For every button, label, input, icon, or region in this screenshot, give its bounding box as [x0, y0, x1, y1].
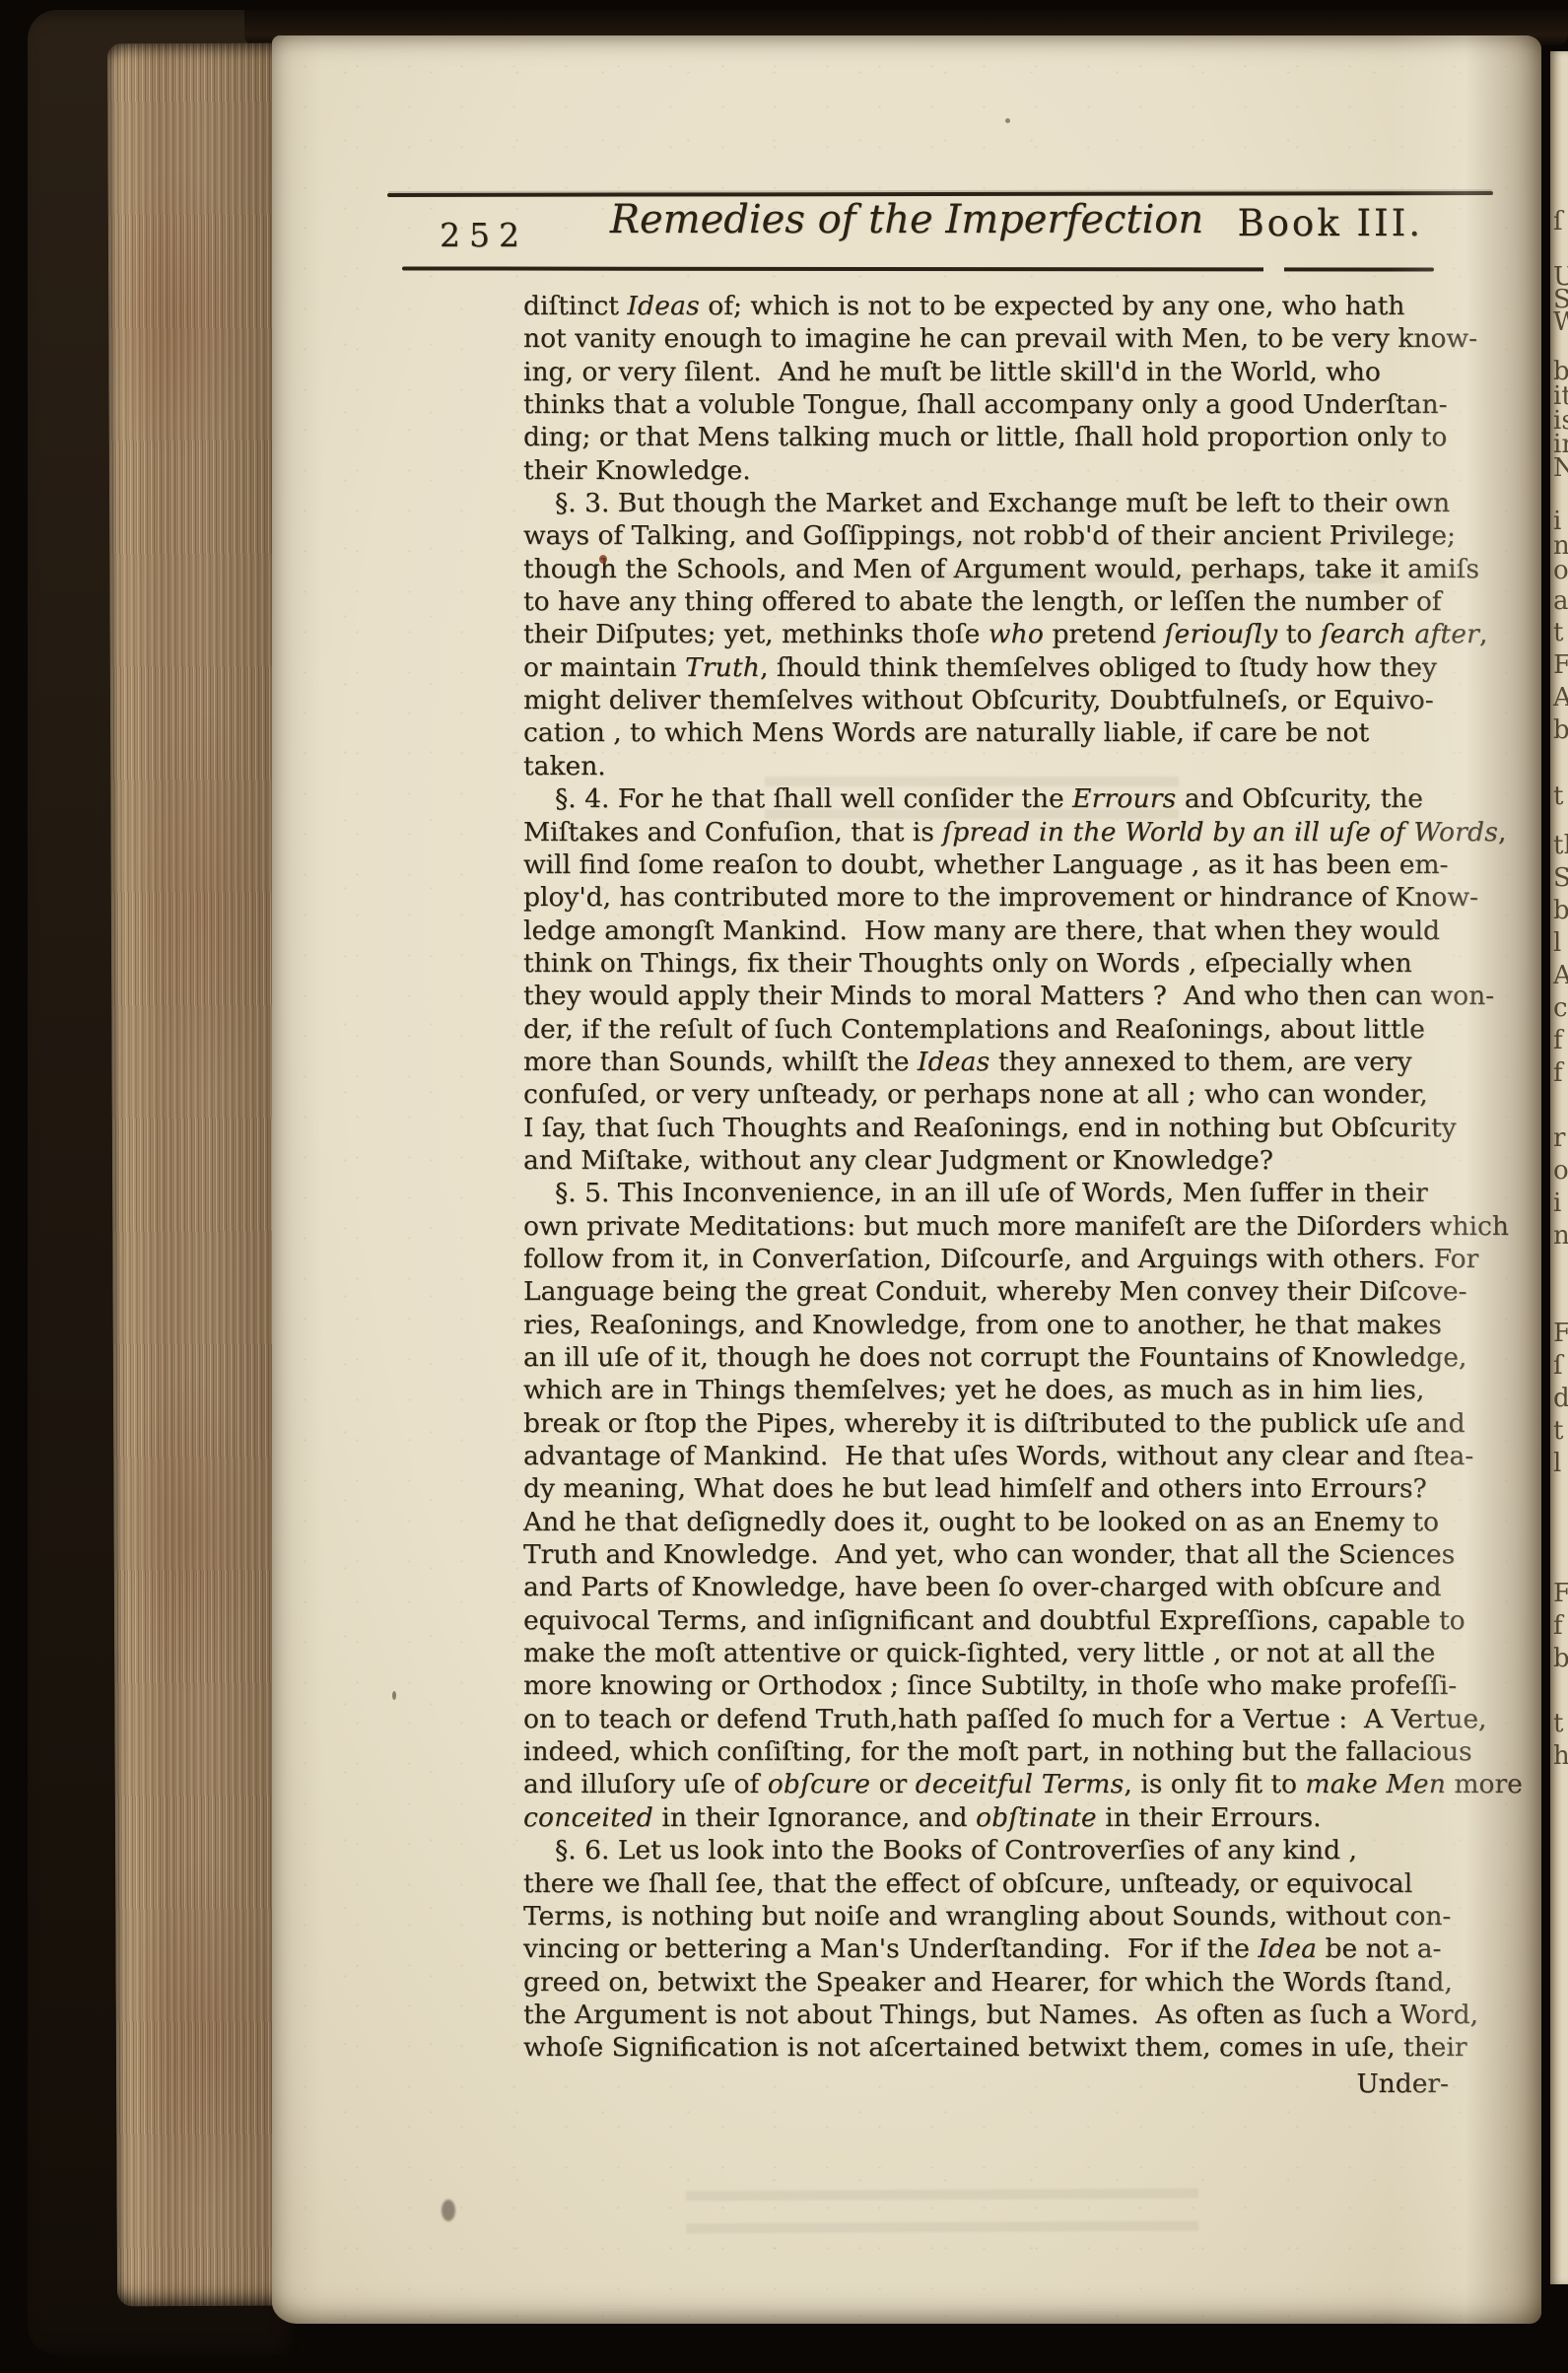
rust-speck [599, 555, 607, 564]
text-line: the Argument is not about Things, but Na… [523, 1999, 1465, 2031]
edge-fragment: o [1553, 1158, 1568, 1184]
show-through-smudge [922, 539, 1386, 596]
edge-fragment: t [1553, 783, 1563, 809]
paragraph: §. 6. Let us look into the Books of Cont… [523, 1834, 1465, 2064]
edge-fragment: b [1553, 717, 1568, 743]
edge-fragment: o [1553, 558, 1568, 583]
text-line: advantage of Mankind. He that uſes Words… [523, 1440, 1465, 1472]
next-page-edge: ſUSWbeitisinNinoatFAbtthSblAcffroinFſdtl… [1550, 51, 1568, 2284]
text-line: an ill uſe of it, though he does not cor… [523, 1341, 1465, 1374]
header-rule-bottom [402, 266, 1434, 271]
edge-fragment: F [1553, 1581, 1568, 1606]
text-line: think on Things, fix their Thoughts only… [523, 947, 1465, 980]
edge-fragment: b [1553, 1646, 1568, 1671]
text-line: conceited in their Ignorance, and obſtin… [523, 1801, 1465, 1834]
edge-fragment: t [1553, 1418, 1563, 1444]
text-line: ledge amongſt Mankind. How many are ther… [523, 915, 1465, 947]
text-line: Terms, is nothing but noiſe and wranglin… [523, 1900, 1465, 1932]
edge-fragment: W [1553, 309, 1568, 335]
text-line: indeed, which conſiſting, for the moſt p… [523, 1735, 1465, 1768]
text-line: break or ſtop the Pipes, whereby it is d… [523, 1407, 1465, 1440]
text-line: might deliver themſelves without Obſcuri… [523, 684, 1465, 716]
text-line: greed on, betwixt the Speaker and Hearer… [523, 1966, 1465, 1999]
edge-fragment: th [1553, 833, 1568, 858]
text-line: ploy'd, has contributed more to the impr… [523, 881, 1465, 914]
text-line: and illuſory uſe of obſcure or deceitful… [523, 1768, 1465, 1800]
text-line: thinks that a voluble Tongue, ſhall acco… [523, 388, 1465, 421]
edge-fragment: n [1553, 1223, 1568, 1249]
text-line: not vanity enough to imagine he can prev… [523, 322, 1465, 355]
text-line: Truth and Knowledge. And yet, who can wo… [523, 1538, 1465, 1571]
text-line: their Diſputes; yet, methinks thoſe who … [523, 618, 1465, 650]
text-line: §. 3. But though the Market and Exchange… [523, 487, 1465, 519]
edge-fragment: A [1553, 685, 1568, 711]
show-through-smudge [686, 2189, 1198, 2241]
edge-fragment: S [1553, 865, 1568, 891]
edge-fragment: b [1553, 898, 1568, 923]
text-line: whoſe Signification is not aſcertained b… [523, 2031, 1465, 2064]
text-line: Language being the great Conduit, whereb… [523, 1275, 1465, 1308]
text-line: own private Meditations: but much more m… [523, 1210, 1465, 1243]
show-through-smudge [765, 777, 1179, 828]
edge-fragment: d [1553, 1386, 1568, 1411]
edge-fragment: F [1553, 1321, 1568, 1346]
catchword: Under- [523, 2068, 1465, 2100]
text-line: ing, or very ſilent. And he muſt be litt… [523, 356, 1465, 388]
text-line: cation , to which Mens Words are natural… [523, 716, 1465, 749]
paragraph: diſtinct Ideas of; which is not to be ex… [523, 290, 1465, 487]
edge-fragment: ſ [1553, 209, 1563, 235]
edge-fragment: c [1553, 995, 1568, 1021]
text-line: vincing or bettering a Man's Underſtandi… [523, 1932, 1465, 1965]
text-line: §. 6. Let us look into the Books of Cont… [523, 1834, 1465, 1866]
book-label: Book III. [1237, 205, 1423, 241]
text-line: more knowing or Orthodox ; ſince Subtilt… [523, 1669, 1465, 1702]
edge-fragment: r [1553, 1125, 1565, 1151]
edge-fragment: t [1553, 620, 1563, 645]
book-photo: 252 Remedies of the Imperfection Book II… [0, 0, 1568, 2373]
edge-fragment: h [1553, 1743, 1568, 1769]
text-line: ries, Reaſonings, and Knowledge, from on… [523, 1309, 1465, 1341]
paragraph: §. 4. For he that ſhall well conſider th… [523, 782, 1465, 1177]
text-line: And he that deſignedly does it, ought to… [523, 1506, 1465, 1538]
edge-fragment: f [1553, 1028, 1563, 1053]
fore-edge-leaves [107, 43, 287, 2307]
text-line: which are in Things themſelves; yet he d… [523, 1374, 1465, 1406]
book-page: 252 Remedies of the Imperfection Book II… [272, 35, 1541, 2324]
text-line: dy meaning, What does he but lead himſel… [523, 1472, 1465, 1505]
text-line: their Knowledge. [523, 454, 1465, 487]
text-line: or maintain Truth, ſhould think themſelv… [523, 651, 1465, 684]
edge-fragment: ſ [1553, 1353, 1563, 1379]
text-line: §. 5. This Inconvenience, in an ill uſe … [523, 1177, 1465, 1209]
text-line: and Miſtake, without any clear Judgment … [523, 1144, 1465, 1177]
text-line: equivocal Terms, and inſignificant and d… [523, 1604, 1465, 1637]
paragraph: §. 3. But though the Market and Exchange… [523, 487, 1465, 782]
edge-fragment: A [1553, 963, 1568, 988]
text-line: diſtinct Ideas of; which is not to be ex… [523, 290, 1465, 322]
edge-fragment: l [1553, 930, 1561, 956]
text-line: follow from it, in Converſation, Diſcour… [523, 1243, 1465, 1275]
text-line: confuſed, or very unſteady, or perhaps n… [523, 1078, 1465, 1111]
edge-fragment: a [1553, 588, 1568, 614]
paragraph: §. 5. This Inconvenience, in an ill uſe … [523, 1177, 1465, 1834]
text-line: and Parts of Knowledge, have been ſo ove… [523, 1571, 1465, 1603]
text-line: on to teach or defend Truth,hath paſſed … [523, 1703, 1465, 1735]
edge-fragment: F [1553, 652, 1568, 678]
edge-fragment: i [1553, 1190, 1561, 1216]
stray-mark [392, 1691, 396, 1700]
edge-fragment: l [1553, 1451, 1561, 1476]
ink-blot [442, 2200, 455, 2221]
text-line: ding; or that Mens talking much or littl… [523, 421, 1465, 453]
edge-fragment: f [1553, 1060, 1563, 1086]
text-line: there we ſhall ſee, that the effect of o… [523, 1867, 1465, 1900]
edge-fragment: t [1553, 1711, 1563, 1736]
text-line: I ſay, that ſuch Thoughts and Reaſonings… [523, 1112, 1465, 1144]
edge-fragment: N [1553, 455, 1568, 481]
text-line: make the moſt attentive or quick-ſighted… [523, 1637, 1465, 1669]
text-line: more than Sounds, whilſt the Ideas they … [523, 1046, 1465, 1078]
edge-fragment: f [1553, 1613, 1563, 1639]
text-line: they would apply their Minds to moral Ma… [523, 980, 1465, 1012]
dust-speck [1005, 118, 1010, 123]
text-line: der, if the reſult of ſuch Contemplation… [523, 1013, 1465, 1046]
text-line: will find ſome reaſon to doubt, whether … [523, 848, 1465, 881]
